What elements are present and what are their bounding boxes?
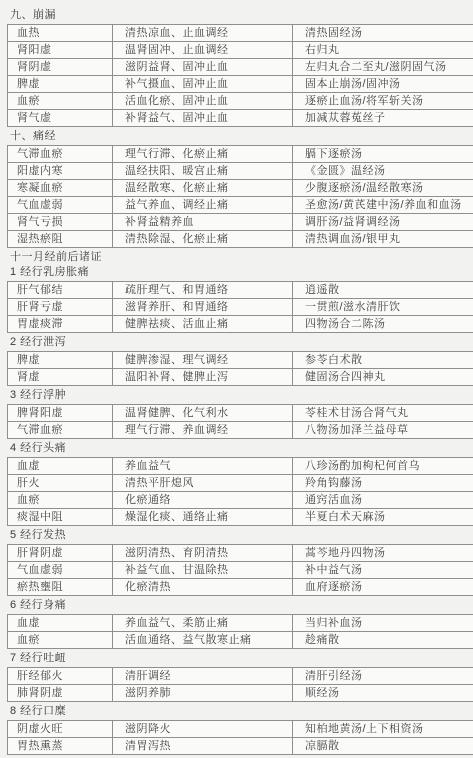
table-row: 肝肾亏虚滋肾养肝、和胃通络一贯煎/滋水清肝饮 (8, 299, 473, 316)
table-row: 血虚养血益气八珍汤酌加枸杞何首乌 (8, 458, 473, 475)
formula-cell: 右归丸 (293, 42, 473, 59)
subsection-title: 1 经行乳房胀痛 (10, 266, 466, 278)
subsection-title: 4 经行头痛 (10, 442, 466, 454)
table-row: 肾虚温阳补肾、健脾止泻健固汤合四神丸 (8, 369, 473, 386)
syndrome-cell: 肾气亏损 (8, 214, 113, 231)
section-title: 十、痛经 (10, 130, 466, 142)
formula-cell: 膈下逐瘀汤 (293, 146, 473, 163)
tcm-gynecology-notes-document: 九、崩漏血热清热凉血、止血调经清热固经汤肾阳虚温肾固冲、止血调经右归丸肾阴虚滋阴… (0, 0, 473, 755)
syndrome-cell: 血瘀 (8, 632, 113, 649)
formula-cell: 左归丸合二至丸/滋阴固气汤 (293, 59, 473, 76)
treatment-cell: 益气养血、调经止痛 (113, 197, 293, 214)
treatment-cell: 滋肾养肝、和胃通络 (113, 299, 293, 316)
formula-cell: 逐瘀止血汤/将军斩关汤 (293, 93, 473, 110)
syndrome-formula-table: 脾肾阳虚温肾健脾、化气利水苓桂术甘汤合肾气丸气滞血瘀理气行滞、养血调经八物汤加泽… (7, 404, 473, 439)
formula-cell: 补中益气汤 (293, 562, 473, 579)
syndrome-cell: 气血虚弱 (8, 562, 113, 579)
syndrome-cell: 瘀热壅阻 (8, 579, 113, 596)
formula-cell: 羚角钩藤汤 (293, 475, 473, 492)
subsection-title: 3 经行浮肿 (10, 389, 466, 401)
syndrome-cell: 胃热熏蒸 (8, 738, 113, 755)
syndrome-formula-table: 血虚养血益气八珍汤酌加枸杞何首乌肝火清热平肝熄风羚角钩藤汤血瘀化瘀通络通窍活血汤… (7, 457, 473, 526)
treatment-cell: 理气行滞、化瘀止痛 (113, 146, 293, 163)
treatment-cell: 健脾渗湿、理气调经 (113, 352, 293, 369)
formula-cell: 固本止崩汤/固冲汤 (293, 76, 473, 93)
treatment-cell: 滋阴益肾、固冲止血 (113, 59, 293, 76)
table-row: 痰湿中阻燥湿化痰、通络止痛半夏白术天麻汤 (8, 509, 473, 526)
syndrome-formula-table: 肝气郁结疏肝理气、和胃通络逍遥散肝肾亏虚滋肾养肝、和胃通络一贯煎/滋水清肝饮胃虚… (7, 281, 473, 333)
treatment-cell: 温经散寒、化瘀止痛 (113, 180, 293, 197)
treatment-cell: 滋阴降火 (113, 721, 293, 738)
syndrome-cell: 血热 (8, 25, 113, 42)
syndrome-formula-table: 脾虚健脾渗湿、理气调经参苓白术散肾虚温阳补肾、健脾止泻健固汤合四神丸 (7, 351, 473, 386)
subsection-title: 2 经行泄泻 (10, 336, 466, 348)
table-row: 血虚养血益气、柔筋止痛当归补血汤 (8, 615, 473, 632)
table-row: 肝肾阴虚滋阴清热、育阴清热蒿芩地丹四物汤 (8, 545, 473, 562)
treatment-cell: 滋阴养肺 (113, 685, 293, 702)
syndrome-cell: 脾虚 (8, 76, 113, 93)
table-row: 湿热瘀阻清热除湿、化瘀止痛清热调血汤/银甲丸 (8, 231, 473, 248)
formula-cell: 蒿芩地丹四物汤 (293, 545, 473, 562)
table-row: 阳虚内寒温经扶阳、暖宫止痛《金匮》温经汤 (8, 163, 473, 180)
syndrome-formula-table: 阴虚火旺滋阴降火知柏地黄汤/上下相资汤胃热熏蒸清胃泻热凉膈散 (7, 720, 473, 755)
treatment-cell: 补肾益气、固冲止血 (113, 110, 293, 127)
table-row: 瘀热壅阻化瘀清热血府逐瘀汤 (8, 579, 473, 596)
formula-cell: 顺经汤 (293, 685, 473, 702)
table-row: 血瘀活血化瘀、固冲止血逐瘀止血汤/将军斩关汤 (8, 93, 473, 110)
syndrome-cell: 肝火 (8, 475, 113, 492)
table-row: 肝经郁火清肝调经清肝引经汤 (8, 668, 473, 685)
syndrome-formula-table: 肝经郁火清肝调经清肝引经汤肺肾阴虚滋阴养肺顺经汤 (7, 667, 473, 702)
syndrome-cell: 肝经郁火 (8, 668, 113, 685)
syndrome-cell: 阴虚火旺 (8, 721, 113, 738)
syndrome-cell: 脾虚 (8, 352, 113, 369)
formula-cell: 《金匮》温经汤 (293, 163, 473, 180)
subsection-title: 7 经行吐衄 (10, 652, 466, 664)
table-row: 寒凝血瘀温经散寒、化瘀止痛少腹逐瘀汤/温经散寒汤 (8, 180, 473, 197)
syndrome-cell: 湿热瘀阻 (8, 231, 113, 248)
section-title: 九、崩漏 (10, 9, 466, 21)
treatment-cell: 温肾健脾、化气利水 (113, 405, 293, 422)
syndrome-cell: 血虚 (8, 615, 113, 632)
table-row: 肺肾阴虚滋阴养肺顺经汤 (8, 685, 473, 702)
treatment-cell: 补肾益精养血 (113, 214, 293, 231)
treatment-cell: 清热除湿、化瘀止痛 (113, 231, 293, 248)
formula-cell: 调肝汤/益肾调经汤 (293, 214, 473, 231)
formula-cell: 趁痛散 (293, 632, 473, 649)
syndrome-formula-table: 气滞血瘀理气行滞、化瘀止痛膈下逐瘀汤阳虚内寒温经扶阳、暖宫止痛《金匮》温经汤寒凝… (7, 145, 473, 248)
treatment-cell: 滋阴清热、育阴清热 (113, 545, 293, 562)
treatment-cell: 理气行滞、养血调经 (113, 422, 293, 439)
table-row: 气血虚弱补益气血、甘温除热补中益气汤 (8, 562, 473, 579)
table-row: 肝火清热平肝熄风羚角钩藤汤 (8, 475, 473, 492)
subsection-title: 8 经行口糜 (10, 705, 466, 717)
syndrome-cell: 肾阴虚 (8, 59, 113, 76)
table-row: 气血虚弱益气养血、调经止痛圣愈汤/黄芪建中汤/养血和血汤 (8, 197, 473, 214)
treatment-cell: 健脾祛痰、活血止痛 (113, 316, 293, 333)
syndrome-cell: 肺肾阴虚 (8, 685, 113, 702)
treatment-cell: 清肝调经 (113, 668, 293, 685)
table-row: 肾气虚补肾益气、固冲止血加减苁蓉菟丝子 (8, 110, 473, 127)
formula-cell: 加减苁蓉菟丝子 (293, 110, 473, 127)
treatment-cell: 温肾固冲、止血调经 (113, 42, 293, 59)
treatment-cell: 化瘀清热 (113, 579, 293, 596)
treatment-cell: 养血益气、柔筋止痛 (113, 615, 293, 632)
formula-cell: 血府逐瘀汤 (293, 579, 473, 596)
formula-cell: 清热固经汤 (293, 25, 473, 42)
syndrome-formula-table: 血热清热凉血、止血调经清热固经汤肾阳虚温肾固冲、止血调经右归丸肾阴虚滋阴益肾、固… (7, 24, 473, 127)
syndrome-cell: 血瘀 (8, 93, 113, 110)
treatment-cell: 活血通络、益气散寒止痛 (113, 632, 293, 649)
formula-cell: 参苓白术散 (293, 352, 473, 369)
table-row: 脾虚补气摄血、固冲止血固本止崩汤/固冲汤 (8, 76, 473, 93)
syndrome-cell: 血瘀 (8, 492, 113, 509)
table-row: 血瘀活血通络、益气散寒止痛趁痛散 (8, 632, 473, 649)
table-row: 阴虚火旺滋阴降火知柏地黄汤/上下相资汤 (8, 721, 473, 738)
syndrome-cell: 气滞血瘀 (8, 146, 113, 163)
table-row: 脾虚健脾渗湿、理气调经参苓白术散 (8, 352, 473, 369)
syndrome-formula-table: 肝肾阴虚滋阴清热、育阴清热蒿芩地丹四物汤气血虚弱补益气血、甘温除热补中益气汤瘀热… (7, 544, 473, 596)
formula-cell: 清肝引经汤 (293, 668, 473, 685)
section-title: 十一月经前后诸证 (10, 251, 466, 263)
syndrome-cell: 肝肾阴虚 (8, 545, 113, 562)
formula-cell: 一贯煎/滋水清肝饮 (293, 299, 473, 316)
syndrome-cell: 气血虚弱 (8, 197, 113, 214)
formula-cell: 少腹逐瘀汤/温经散寒汤 (293, 180, 473, 197)
subsection-title: 6 经行身痛 (10, 599, 466, 611)
syndrome-cell: 血虚 (8, 458, 113, 475)
treatment-cell: 补益气血、甘温除热 (113, 562, 293, 579)
treatment-cell: 清热凉血、止血调经 (113, 25, 293, 42)
syndrome-cell: 脾肾阳虚 (8, 405, 113, 422)
formula-cell: 当归补血汤 (293, 615, 473, 632)
formula-cell: 半夏白术天麻汤 (293, 509, 473, 526)
table-row: 气滞血瘀理气行滞、化瘀止痛膈下逐瘀汤 (8, 146, 473, 163)
formula-cell: 逍遥散 (293, 282, 473, 299)
formula-cell: 通窍活血汤 (293, 492, 473, 509)
syndrome-cell: 寒凝血瘀 (8, 180, 113, 197)
treatment-cell: 清胃泻热 (113, 738, 293, 755)
table-row: 血瘀化瘀通络通窍活血汤 (8, 492, 473, 509)
table-row: 肾阳虚温肾固冲、止血调经右归丸 (8, 42, 473, 59)
formula-cell: 八珍汤酌加枸杞何首乌 (293, 458, 473, 475)
treatment-cell: 燥湿化痰、通络止痛 (113, 509, 293, 526)
formula-cell: 知柏地黄汤/上下相资汤 (293, 721, 473, 738)
syndrome-cell: 胃虚痰滞 (8, 316, 113, 333)
formula-cell: 苓桂术甘汤合肾气丸 (293, 405, 473, 422)
syndrome-cell: 阳虚内寒 (8, 163, 113, 180)
syndrome-cell: 肝气郁结 (8, 282, 113, 299)
table-row: 胃热熏蒸清胃泻热凉膈散 (8, 738, 473, 755)
syndrome-cell: 痰湿中阻 (8, 509, 113, 526)
table-row: 气滞血瘀理气行滞、养血调经八物汤加泽兰益母草 (8, 422, 473, 439)
formula-cell: 凉膈散 (293, 738, 473, 755)
treatment-cell: 活血化瘀、固冲止血 (113, 93, 293, 110)
treatment-cell: 养血益气 (113, 458, 293, 475)
syndrome-cell: 肾气虚 (8, 110, 113, 127)
treatment-cell: 化瘀通络 (113, 492, 293, 509)
treatment-cell: 补气摄血、固冲止血 (113, 76, 293, 93)
formula-cell: 健固汤合四神丸 (293, 369, 473, 386)
table-row: 肾气亏损补肾益精养血调肝汤/益肾调经汤 (8, 214, 473, 231)
formula-cell: 清热调血汤/银甲丸 (293, 231, 473, 248)
formula-cell: 四物汤合二陈汤 (293, 316, 473, 333)
table-row: 肾阴虚滋阴益肾、固冲止血左归丸合二至丸/滋阴固气汤 (8, 59, 473, 76)
syndrome-formula-table: 血虚养血益气、柔筋止痛当归补血汤血瘀活血通络、益气散寒止痛趁痛散 (7, 614, 473, 649)
treatment-cell: 温阳补肾、健脾止泻 (113, 369, 293, 386)
treatment-cell: 疏肝理气、和胃通络 (113, 282, 293, 299)
table-row: 胃虚痰滞健脾祛痰、活血止痛四物汤合二陈汤 (8, 316, 473, 333)
syndrome-cell: 气滞血瘀 (8, 422, 113, 439)
formula-cell: 圣愈汤/黄芪建中汤/养血和血汤 (293, 197, 473, 214)
table-row: 血热清热凉血、止血调经清热固经汤 (8, 25, 473, 42)
formula-cell: 八物汤加泽兰益母草 (293, 422, 473, 439)
syndrome-cell: 肝肾亏虚 (8, 299, 113, 316)
table-row: 脾肾阳虚温肾健脾、化气利水苓桂术甘汤合肾气丸 (8, 405, 473, 422)
syndrome-cell: 肾阳虚 (8, 42, 113, 59)
subsection-title: 5 经行发热 (10, 529, 466, 541)
syndrome-cell: 肾虚 (8, 369, 113, 386)
table-row: 肝气郁结疏肝理气、和胃通络逍遥散 (8, 282, 473, 299)
treatment-cell: 清热平肝熄风 (113, 475, 293, 492)
treatment-cell: 温经扶阳、暖宫止痛 (113, 163, 293, 180)
